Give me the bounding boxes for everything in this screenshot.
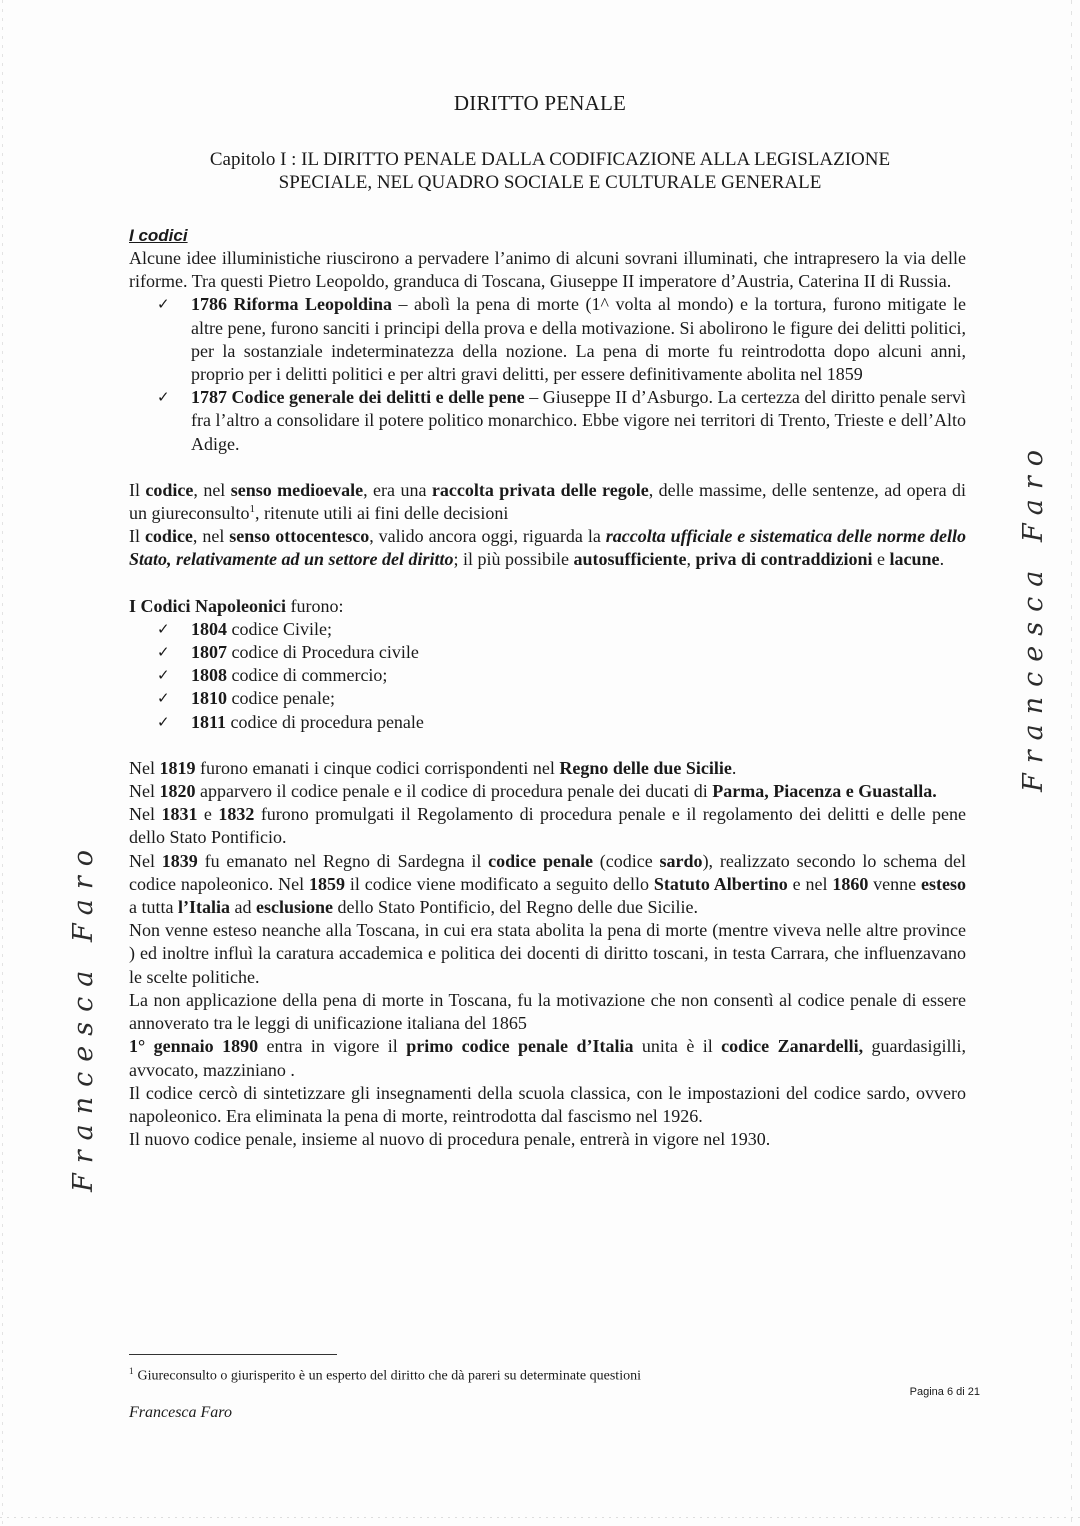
emphasized-text: Regno delle due Sicilie <box>559 758 732 778</box>
emphasized-text: 1831 <box>161 804 197 824</box>
emphasized-text: 1787 Codice generale dei delitti e delle… <box>191 387 525 407</box>
emphasized-text: 1859 <box>309 874 345 894</box>
emphasized-text: codice <box>145 480 193 500</box>
intro-paragraph: Alcune idee illuministiche riuscirono a … <box>129 247 966 293</box>
chapter-heading-line: SPECIALE, NEL QUADRO SOCIALE E CULTURALE… <box>130 171 970 194</box>
emphasized-text: 1811 <box>191 712 226 732</box>
spacer <box>129 572 966 595</box>
list-item-text: 1810 codice penale; <box>191 688 335 708</box>
history-paragraph: Nel 1820 apparvero il codice penale e il… <box>129 780 966 803</box>
footnote-separator <box>129 1354 337 1355</box>
emphasized-text: codice penale <box>488 851 593 871</box>
emphasized-text: 1810 <box>191 688 227 708</box>
author-watermark: Francesca Faro <box>1018 440 1049 792</box>
scan-edge-artifact <box>0 1517 1080 1518</box>
history-paragraph: Non venne esteso neanche alla Toscana, i… <box>129 919 966 989</box>
list-item: ✓ 1787 Codice generale dei delitti e del… <box>129 386 966 456</box>
emphasized-text: 1820 <box>160 781 196 801</box>
emphasized-text: senso ottocentesco <box>229 526 369 546</box>
emphasized-text: codice Zanardelli, <box>721 1036 863 1056</box>
emphasized-text: sardo <box>660 851 703 871</box>
list-item-text: 1808 codice di commercio; <box>191 665 387 685</box>
document-body: I codici Alcune idee illuministiche rius… <box>129 224 966 1151</box>
chapter-heading: Capitolo I : IL DIRITTO PENALE DALLA COD… <box>130 148 970 194</box>
checkmark-icon: ✓ <box>157 687 170 710</box>
emphasized-text: lacune <box>890 549 940 569</box>
emphasized-text: esclusione <box>256 897 333 917</box>
footnote: 1Giureconsulto o giurisperito è un esper… <box>129 1362 929 1386</box>
history-paragraph: Nel 1819 furono emanati i cinque codici … <box>129 757 966 780</box>
author-footer: Francesca Faro <box>129 1404 232 1422</box>
history-paragraph: Nel 1831 e 1832 furono promulgati il Reg… <box>129 803 966 849</box>
page-number: Pagina 6 di 21 <box>860 1386 980 1398</box>
list-item-text: 1786 Riforma Leopoldina – abolì la pena … <box>191 294 966 384</box>
emphasized-text: Parma, Piacenza e Guastalla. <box>712 781 936 801</box>
document-page: DIRITTO PENALE Capitolo I : IL DIRITTO P… <box>0 0 1080 1526</box>
emphasized-text: 1832 <box>218 804 254 824</box>
history-paragraph: Il nuovo codice penale, insieme al nuovo… <box>129 1128 966 1151</box>
history-paragraph: 1° gennaio 1890 entra in vigore il primo… <box>129 1035 966 1081</box>
footnote-text: Giureconsulto o giurisperito è un espert… <box>138 1369 641 1384</box>
list-item-text: 1804 codice Civile; <box>191 619 332 639</box>
emphasized-text: raccolta privata delle regole <box>432 480 649 500</box>
chapter-heading-line: Capitolo I : IL DIRITTO PENALE DALLA COD… <box>130 148 970 171</box>
footnote-number: 1 <box>129 1366 134 1376</box>
emphasized-text: senso medioevale <box>231 480 363 500</box>
document-title: DIRITTO PENALE <box>0 91 1080 116</box>
checkmark-icon: ✓ <box>157 711 170 734</box>
author-watermark: Francesca Faro <box>68 840 99 1192</box>
footnote-reference: 1 <box>249 503 255 515</box>
emphasized-text: 1° gennaio 1890 <box>129 1036 258 1056</box>
checkmark-icon: ✓ <box>157 641 170 664</box>
list-item-text: 1787 Codice generale dei delitti e delle… <box>191 387 966 453</box>
emphasized-text: 1860 <box>832 874 868 894</box>
checkmark-icon: ✓ <box>157 664 170 687</box>
list-item: ✓ 1804 codice Civile; <box>129 618 966 641</box>
scan-edge-artifact <box>1071 0 1072 1526</box>
checkmark-icon: ✓ <box>157 386 170 409</box>
history-paragraph: Il codice cercò di sintetizzare gli inse… <box>129 1082 966 1128</box>
emphasized-text: 1807 <box>191 642 227 662</box>
emphasized-text: primo codice penale d’Italia <box>406 1036 633 1056</box>
emphasized-text: 1808 <box>191 665 227 685</box>
section-heading: I codici <box>129 224 966 247</box>
history-paragraph: La non applicazione della pena di morte … <box>129 989 966 1035</box>
codice-definition-medieval: Il codice, nel senso medioevale, era una… <box>129 479 966 525</box>
emphasized-text: I Codici Napoleonici <box>129 596 286 616</box>
codice-definition-modern: Il codice, nel senso ottocentesco, valid… <box>129 525 966 571</box>
history-paragraph: Nel 1839 fu emanato nel Regno di Sardegn… <box>129 850 966 920</box>
napoleonic-codes-list: ✓ 1804 codice Civile; ✓ 1807 codice di P… <box>129 618 966 734</box>
checkmark-icon: ✓ <box>157 618 170 641</box>
spacer <box>129 734 966 757</box>
scan-edge-artifact <box>2 0 3 1526</box>
emphasized-text: autosufficiente <box>574 549 687 569</box>
emphasized-text: 1819 <box>160 758 196 778</box>
emphasized-text: esteso <box>921 874 966 894</box>
emphasized-text: 1839 <box>162 851 198 871</box>
emphasized-text: l’Italia <box>178 897 230 917</box>
list-item: ✓ 1810 codice penale; <box>129 687 966 710</box>
spacer <box>129 456 966 479</box>
list-item: ✓ 1807 codice di Procedura civile <box>129 641 966 664</box>
checkmark-icon: ✓ <box>157 293 170 316</box>
reforms-list: ✓ 1786 Riforma Leopoldina – abolì la pen… <box>129 293 966 455</box>
list-item: ✓ 1786 Riforma Leopoldina – abolì la pen… <box>129 293 966 386</box>
list-item-text: 1807 codice di Procedura civile <box>191 642 419 662</box>
napoleonic-codes-intro: I Codici Napoleonici furono: <box>129 595 966 618</box>
emphasized-text: 1786 Riforma Leopoldina <box>191 294 392 314</box>
list-item: ✓ 1808 codice di commercio; <box>129 664 966 687</box>
emphasized-text: codice <box>145 526 193 546</box>
emphasized-text: priva di contraddizioni <box>696 549 873 569</box>
list-item: ✓ 1811 codice di procedura penale <box>129 711 966 734</box>
emphasized-text: Statuto Albertino <box>654 874 788 894</box>
list-item-text: 1811 codice di procedura penale <box>191 712 424 732</box>
emphasized-text: 1804 <box>191 619 227 639</box>
